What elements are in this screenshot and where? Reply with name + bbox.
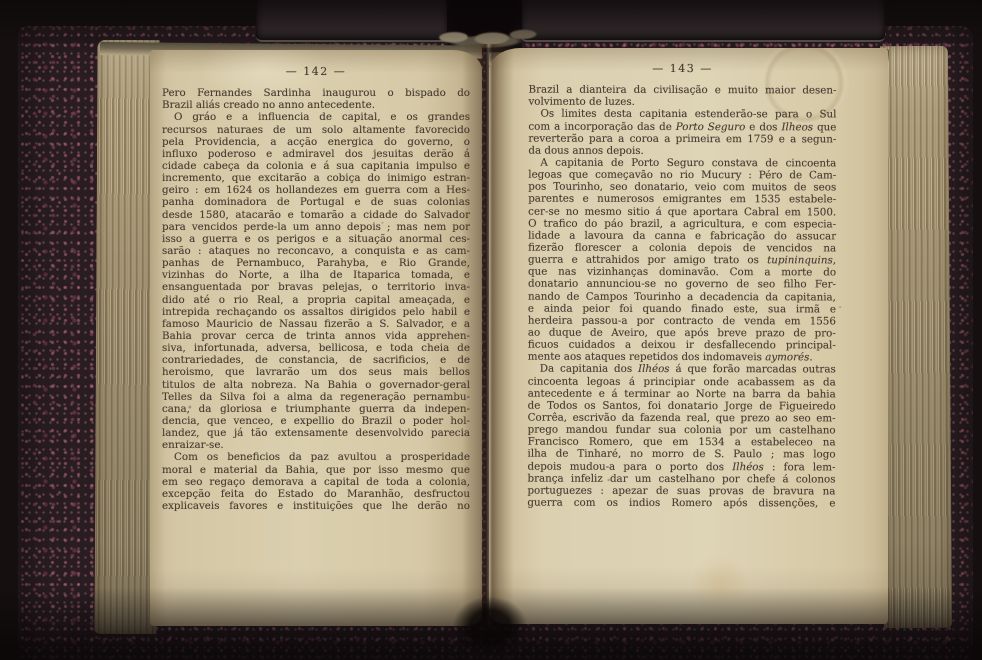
text-line: em seo regaço demorava a capital de toda… [162, 476, 470, 488]
right-page-body: Brazil a dianteira da civilisação e muit… [527, 84, 836, 510]
text-line: heroismo, que lavrarão um dos seus mais … [162, 366, 470, 378]
text-line: parentes e numerosos emigrantes em 1535 … [528, 193, 836, 206]
text-line: depois mudou-a para o porto dos Ilhéos :… [528, 460, 836, 473]
book-head-board-left [256, 0, 448, 42]
text-line: desde 1580, atacarão e tomarão a cidade … [162, 209, 470, 221]
left-page-text: — 142 — Pero Fernandes Sardinha inauguro… [162, 66, 470, 512]
text-line: antecedente e á terminar ao Norte na bar… [528, 387, 836, 400]
text-line: panhas de Pernambuco, Parahyba, e Rio Gr… [162, 257, 470, 269]
text-line: e ainda peior foi quando finado este, su… [528, 302, 836, 315]
text-line: cana, da gloriosa e triumphante guerra d… [162, 403, 470, 415]
text-line: sarão : ataques no reconcavo, a conquist… [162, 245, 470, 257]
text-line: lidade a lavoura da canna e fabricação d… [528, 229, 836, 242]
text-line: portuguezes : apezar de suas provas de b… [527, 484, 835, 497]
text-line: com a incorporação das de Porto Seguro e… [528, 120, 836, 133]
text-line: dencia, que venceo, e expellio do Brazil… [162, 415, 470, 427]
text-line: enraizar-se. [162, 439, 470, 451]
text-line: para vencidos perde-la um anno depois ; … [162, 221, 470, 233]
text-line: moral e material da Bahia, que por isso … [162, 464, 470, 476]
text-line: cincoenta legoas á principiar onde acaba… [528, 375, 836, 388]
text-line: intrepida rechaçando os assaltos dirigid… [162, 306, 470, 318]
text-line: contrariedades, de constancia, de sacrif… [162, 354, 470, 366]
text-line: fizerão florescer a colonia depois de ve… [528, 242, 836, 255]
text-line: Brazil aliás creado no anno antecedente. [162, 99, 470, 111]
text-line: Com os beneficios da paz avultou a prosp… [162, 451, 470, 463]
text-line: ilha de Tinharé, no morro de S. Paulo ; … [528, 448, 836, 461]
text-line: Da capitania dos Ilhéos á que forão marc… [528, 363, 836, 376]
text-line: mente aos ataques repetidos dos indomave… [528, 351, 836, 364]
text-line: Telles da Silva foi a alma da regeneraçã… [162, 391, 470, 403]
page-number-right: — 143 — [529, 63, 837, 76]
text-line: Francisco Romero, que em 1534 a estabele… [528, 436, 836, 449]
text-line: O gráo e a influencia de capital, e os g… [162, 111, 470, 123]
text-line: Corrêa, escrivão da fazenda real, que pr… [528, 412, 836, 425]
text-line: Os limites desta capitania estenderão-se… [528, 108, 836, 121]
book-photograph: — 142 — Pero Fernandes Sardinha inauguro… [0, 0, 982, 660]
text-line: guerra com os indios Romero após dissenç… [527, 497, 835, 510]
book-head-board-right [521, 0, 885, 42]
text-line: pela Providencia, a acção energica do go… [162, 136, 470, 148]
right-page-text: — 143 — Brazil a dianteira da civilisaçã… [527, 63, 836, 510]
text-line: O trafico do páo brazil, a agricultura, … [528, 217, 836, 230]
text-line: donatario annunciou-se no governo de seo… [528, 278, 836, 291]
text-line: guerra e attrahidos por amigo trato os t… [528, 254, 836, 267]
text-line: volvimento de luzes. [528, 96, 836, 109]
text-line: excepção feita do Estado do Maranhão, de… [162, 488, 470, 500]
text-line: Pero Fernandes Sardinha inaugurou o bisp… [162, 87, 470, 99]
text-line: reverterão para a coroa a primeira em 17… [528, 132, 836, 145]
text-line: siva, infortunada, adversa, bellicosa, e… [162, 342, 470, 354]
text-line: legoas que começavão no rio Mucury : Pér… [528, 169, 836, 182]
text-line: ficuos cuidados a deixou ir desfallecend… [528, 339, 836, 352]
text-line: landez, que já tão extensamente desenvol… [162, 427, 470, 439]
text-line: isso a guerra e os perigos e a situação … [162, 233, 470, 245]
text-line: ao duque de Aveiro, que após breve prazo… [528, 327, 836, 340]
text-line: famoso Mauricio de Nassau fizerão a S. S… [162, 318, 470, 330]
text-line: geiro : em 1624 os hollandezes em guerra… [162, 184, 470, 196]
page-number-left: — 142 — [162, 66, 470, 78]
text-line: Brazil a dianteira da civilisação e muit… [528, 84, 836, 97]
text-line: brança infeliz dar um castelhano por che… [527, 472, 835, 485]
text-line: A capitania de Porto Seguro constava de … [528, 157, 836, 170]
text-line: prego mandou fundar sua colonia por um c… [528, 424, 836, 437]
text-line: herdeira passou-a por contracto de venda… [528, 314, 836, 327]
text-line: de Todos os Santos, foi donatario Jorge … [528, 399, 836, 412]
left-page-body: Pero Fernandes Sardinha inaugurou o bisp… [162, 87, 470, 512]
text-line: panha dominadora de Portugal e de suas c… [162, 196, 470, 208]
text-line: Bahia provar cerca de trinta annos vida … [162, 330, 470, 342]
text-line: cidade cabeça da colonia e á sua capitan… [162, 160, 470, 172]
text-line: da dous annos depois. [528, 144, 836, 157]
text-line: cer-se no mesmo sitio á que aportara Cab… [528, 205, 836, 218]
text-line: incremento, que excitarão a cobiça do in… [162, 172, 470, 184]
text-line: recursos naturaes de um solo altamente f… [162, 124, 470, 136]
text-line: dido até o rio Real, a propria capital a… [162, 294, 470, 306]
text-line: influxo poderoso e admiravel dos jesuita… [162, 148, 470, 160]
text-line: explicaveis favores e instituições que l… [162, 500, 470, 512]
text-line: que nas vizinhanças dominavão. Com a mor… [528, 266, 836, 279]
text-line: vizinhas do Norte, a ilha de Itaparica t… [162, 269, 470, 281]
text-line: nando de Campos Tourinho a decadencia da… [528, 290, 836, 303]
text-line: ensanguentada por bravas pelejas, o terr… [162, 281, 470, 293]
text-line: pos Tourinho, seo donatario, veio com mu… [528, 181, 836, 194]
page-edges-right [880, 46, 952, 628]
text-line: titulos de alta nobreza. Na Bahia o gove… [162, 379, 470, 391]
